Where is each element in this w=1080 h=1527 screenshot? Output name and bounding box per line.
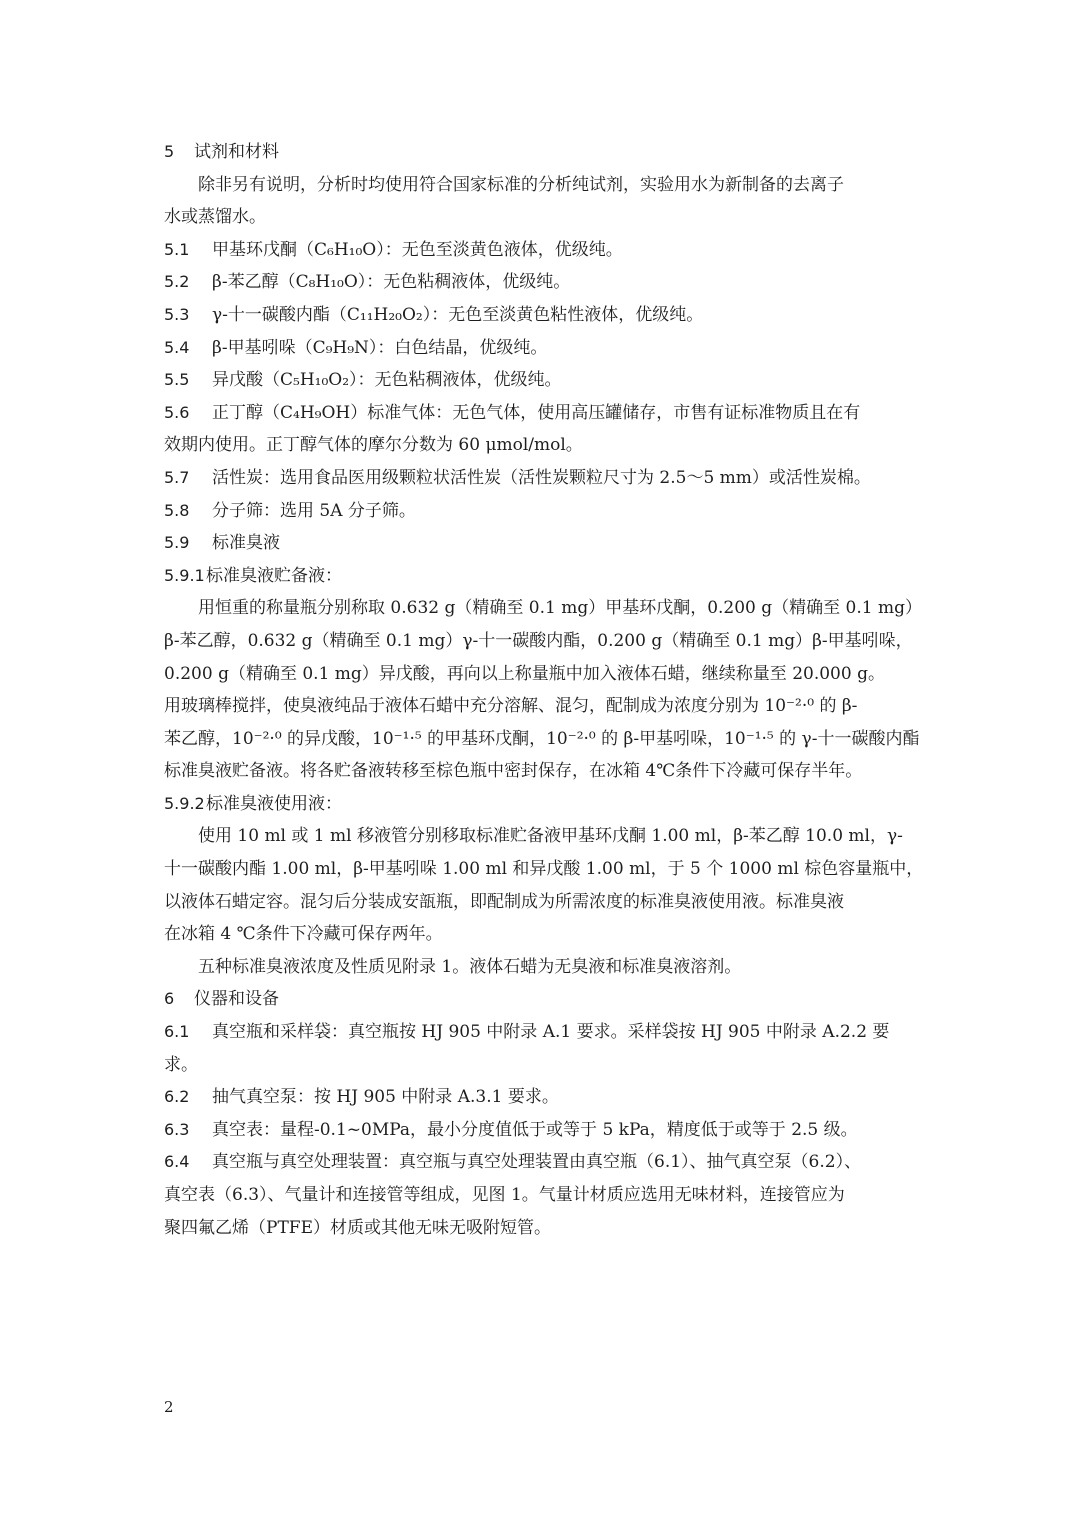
paragraph-line: β-苯乙醇，0.632 g（精确至 0.1 mg）γ-十一碳酸内酯，0.200 … [164, 625, 920, 658]
item-6-4-cont2: 聚四氟乙烯（PTFE）材质或其他无味无吸附短管。 [164, 1212, 920, 1245]
item-number: 6.4 [164, 1146, 212, 1179]
item-5-1: 5.1甲基环戊酮（C₆H₁₀O）：无色至淡黄色液体，优级纯。 [164, 234, 920, 267]
subsection-5-9-2-heading: 5.9.2标准臭液使用液： [164, 788, 920, 821]
item-text: 分子筛：选用 5A 分子筛。 [212, 501, 416, 521]
item-5-5: 5.5异戊酸（C₅H₁₀O₂）：无色粘稠液体，优级纯。 [164, 364, 920, 397]
item-5-6: 5.6正丁醇（C₄H₉OH）标准气体：无色气体，使用高压罐储存，市售有证标准物质… [164, 397, 920, 430]
item-text: 抽气真空泵：按 HJ 905 中附录 A.3.1 要求。 [212, 1087, 559, 1107]
item-text: 真空瓶与真空处理装置：真空瓶与真空处理装置由真空瓶（6.1）、抽气真空泵（6.2… [212, 1152, 861, 1172]
item-text: 正丁醇（C₄H₉OH）标准气体：无色气体，使用高压罐储存，市售有证标准物质且在有 [212, 403, 860, 423]
section-number: 5 [164, 136, 194, 169]
section-number: 6 [164, 983, 194, 1016]
item-6-2: 6.2抽气真空泵：按 HJ 905 中附录 A.3.1 要求。 [164, 1081, 920, 1114]
item-number: 5.9 [164, 527, 212, 560]
paragraph-line: 0.200 g（精确至 0.1 mg）异戊酸，再向以上称量瓶中加入液体石蜡，继续… [164, 658, 920, 691]
item-number: 6.3 [164, 1114, 212, 1147]
item-6-4: 6.4真空瓶与真空处理装置：真空瓶与真空处理装置由真空瓶（6.1）、抽气真空泵（… [164, 1146, 920, 1179]
section-title: 试剂和材料 [194, 142, 279, 162]
item-number: 5.5 [164, 364, 212, 397]
item-number: 5.6 [164, 397, 212, 430]
section-6-heading: 6仪器和设备 [164, 983, 920, 1016]
item-6-3: 6.3真空表：量程-0.1~0MPa，最小分度值低于或等于 5 kPa，精度低于… [164, 1114, 920, 1147]
section-5-intro-line2: 水或蒸馏水。 [164, 201, 920, 234]
paragraph-line: 苯乙醇，10⁻²·⁰ 的异戊酸，10⁻¹·⁵ 的甲基环戊酮，10⁻²·⁰ 的 β… [164, 723, 920, 756]
item-text: 真空瓶和采样袋：真空瓶按 HJ 905 中附录 A.1 要求。采样袋按 HJ 9… [212, 1022, 889, 1042]
item-number: 6.2 [164, 1081, 212, 1114]
subsection-number: 5.9.2 [164, 788, 206, 821]
item-5-6-cont: 效期内使用。正丁醇气体的摩尔分数为 60 μmol/mol。 [164, 429, 920, 462]
item-number: 5.4 [164, 332, 212, 365]
item-number: 6.1 [164, 1016, 212, 1049]
item-number: 5.7 [164, 462, 212, 495]
document-page: 5试剂和材料 除非另有说明，分析时均使用符合国家标准的分析纯试剂，实验用水为新制… [164, 136, 920, 1244]
paragraph-line: 在冰箱 4 ℃条件下冷藏可保存两年。 [164, 918, 920, 951]
item-5-2: 5.2β-苯乙醇（C₈H₁₀O）：无色粘稠液体，优级纯。 [164, 266, 920, 299]
item-text: γ-十一碳酸内酯（C₁₁H₂₀O₂）：无色至淡黄色粘性液体，优级纯。 [212, 305, 703, 325]
item-number: 5.2 [164, 266, 212, 299]
section-5-intro-line1: 除非另有说明，分析时均使用符合国家标准的分析纯试剂，实验用水为新制备的去离子 [164, 169, 920, 202]
item-text: 活性炭：选用食品医用级颗粒状活性炭（活性炭颗粒尺寸为 2.5～5 mm）或活性炭… [212, 468, 871, 488]
paragraph-line: 使用 10 ml 或 1 ml 移液管分别移取标准贮备液甲基环戊酮 1.00 m… [164, 820, 920, 853]
section-5-heading: 5试剂和材料 [164, 136, 920, 169]
item-6-1-cont: 求。 [164, 1049, 920, 1082]
subsection-title: 标准臭液贮备液： [206, 566, 342, 586]
item-5-4: 5.4β-甲基吲哚（C₉H₉N）：白色结晶，优级纯。 [164, 332, 920, 365]
item-text: 甲基环戊酮（C₆H₁₀O）：无色至淡黄色液体，优级纯。 [212, 240, 623, 260]
paragraph-line: 用玻璃棒搅拌，使臭液纯品于液体石蜡中充分溶解、混匀，配制成为浓度分别为 10⁻²… [164, 690, 920, 723]
subsection-title: 标准臭液使用液： [206, 794, 342, 814]
paragraph-line: 标准臭液贮备液。将各贮备液转移至棕色瓶中密封保存，在冰箱 4℃条件下冷藏可保存半… [164, 755, 920, 788]
item-text: β-甲基吲哚（C₉H₉N）：白色结晶，优级纯。 [212, 338, 547, 358]
paragraph-note: 五种标准臭液浓度及性质见附录 1。液体石蜡为无臭液和标准臭液溶剂。 [164, 951, 920, 984]
item-5-7: 5.7活性炭：选用食品医用级颗粒状活性炭（活性炭颗粒尺寸为 2.5～5 mm）或… [164, 462, 920, 495]
item-6-4-cont: 真空表（6.3）、气量计和连接管等组成，见图 1。气量计材质应选用无味材料，连接… [164, 1179, 920, 1212]
item-6-1: 6.1真空瓶和采样袋：真空瓶按 HJ 905 中附录 A.1 要求。采样袋按 H… [164, 1016, 920, 1049]
subsection-number: 5.9.1 [164, 560, 206, 593]
item-number: 5.3 [164, 299, 212, 332]
paragraph-line: 以液体石蜡定容。混匀后分装成安瓿瓶，即配制成为所需浓度的标准臭液使用液。标准臭液 [164, 886, 920, 919]
item-number: 5.8 [164, 495, 212, 528]
item-5-9: 5.9标准臭液 [164, 527, 920, 560]
item-text: 真空表：量程-0.1~0MPa，最小分度值低于或等于 5 kPa，精度低于或等于… [212, 1120, 858, 1140]
item-text: 异戊酸（C₅H₁₀O₂）：无色粘稠液体，优级纯。 [212, 370, 562, 390]
paragraph-line: 用恒重的称量瓶分别称取 0.632 g（精确至 0.1 mg）甲基环戊酮，0.2… [164, 592, 920, 625]
page-number: 2 [164, 1398, 174, 1416]
paragraph-line: 十一碳酸内酯 1.00 ml，β-甲基吲哚 1.00 ml 和异戊酸 1.00 … [164, 853, 920, 886]
item-number: 5.1 [164, 234, 212, 267]
item-text: β-苯乙醇（C₈H₁₀O）：无色粘稠液体，优级纯。 [212, 272, 570, 292]
section-title: 仪器和设备 [194, 989, 279, 1009]
item-5-8: 5.8分子筛：选用 5A 分子筛。 [164, 495, 920, 528]
item-text: 标准臭液 [212, 533, 280, 553]
subsection-5-9-1-heading: 5.9.1标准臭液贮备液： [164, 560, 920, 593]
item-5-3: 5.3γ-十一碳酸内酯（C₁₁H₂₀O₂）：无色至淡黄色粘性液体，优级纯。 [164, 299, 920, 332]
